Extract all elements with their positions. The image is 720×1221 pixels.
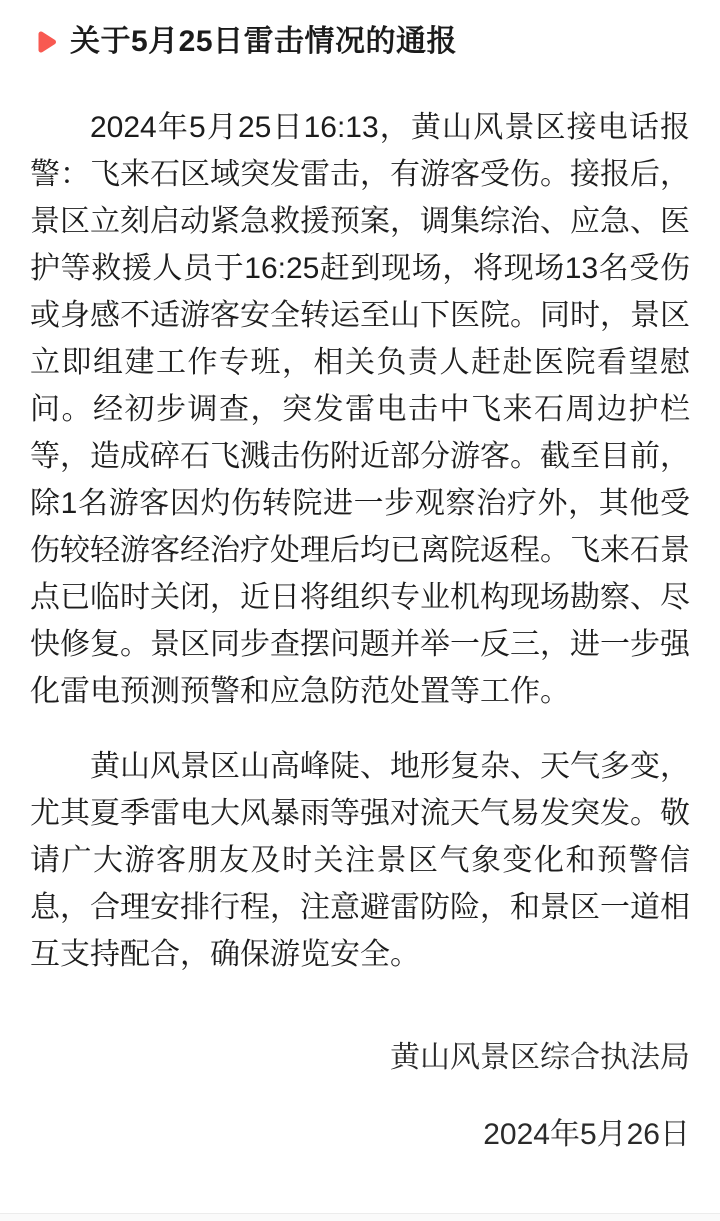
triangle-right-icon: [36, 29, 58, 55]
notice-date: 2024年5月26日: [0, 1111, 720, 1158]
notice-title: 关于5月25日雷击情况的通报: [70, 24, 457, 60]
notice-paragraph-2: 黄山风景区山高峰陡、地形复杂、天气多变，尤其夏季雷电大风暴雨等强对流天气易发突发…: [30, 743, 690, 978]
bottom-divider: [0, 1213, 720, 1221]
notice-title-row: 关于5月25日雷击情况的通报: [0, 0, 720, 60]
notice-signature: 黄山风景区综合执法局: [0, 1034, 720, 1081]
notice-paragraph-1: 2024年5月25日16:13，黄山风景区接电话报警：飞来石区域突发雷击，有游客…: [30, 104, 690, 715]
notice-page: 关于5月25日雷击情况的通报 2024年5月25日16:13，黄山风景区接电话报…: [0, 0, 720, 1221]
notice-body: 2024年5月25日16:13，黄山风景区接电话报警：飞来石区域突发雷击，有游客…: [0, 104, 720, 978]
